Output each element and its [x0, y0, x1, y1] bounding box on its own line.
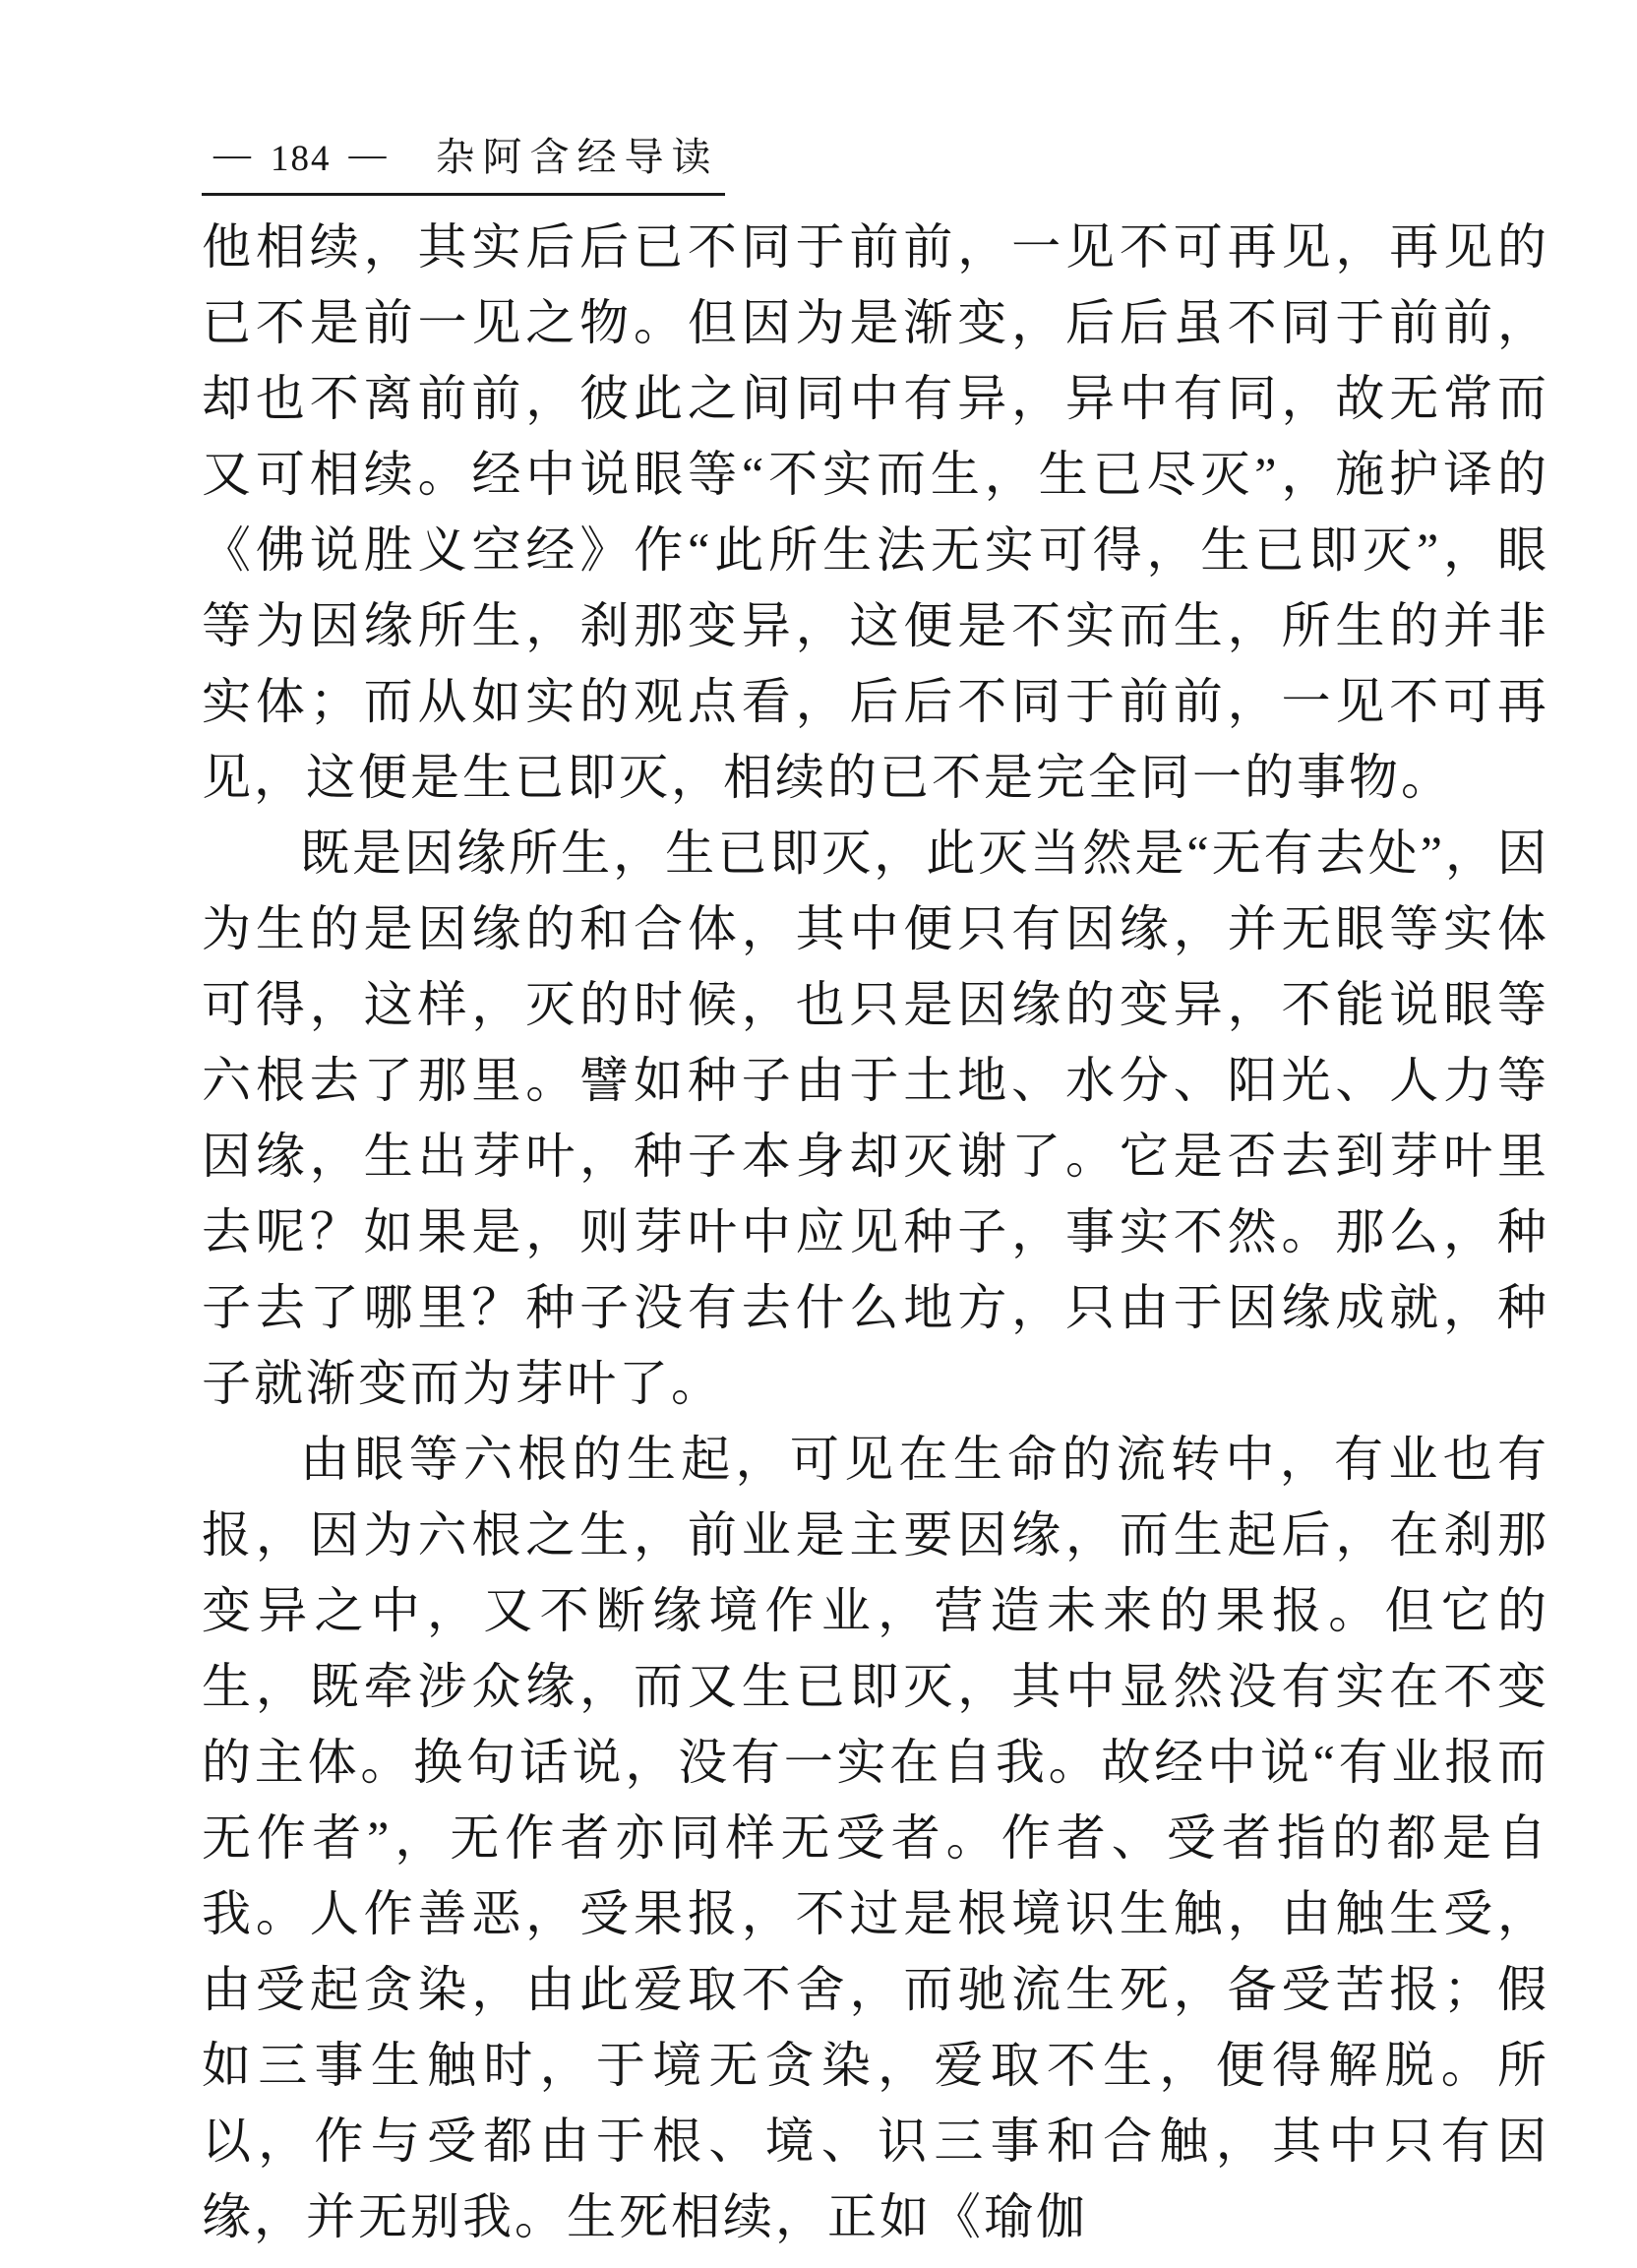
book-title: 杂阿含经导读	[436, 136, 719, 179]
paragraph: 既是因缘所生，生已即灭，此灭当然是“无有去处”，因为生的是因缘的和合体，其中便只…	[202, 816, 1549, 1422]
page-number: 184	[271, 138, 332, 181]
header-right-dash: —	[349, 133, 389, 176]
paragraph: 由眼等六根的生起，可见在生命的流转中，有业也有报，因为六根之生，前业是主要因缘，…	[202, 1422, 1549, 2255]
book-page: —184—杂阿含经导读 他相续，其实后后已不同于前前，一见不可再见，再见的已不是…	[0, 0, 1637, 2268]
running-header: —184—杂阿含经导读	[202, 136, 725, 196]
header-left-dash: —	[213, 133, 253, 176]
body-text: 他相续，其实后后已不同于前前，一见不可再见，再见的已不是前一见之物。但因为是渐变…	[202, 210, 1549, 2255]
paragraph-continuation: 他相续，其实后后已不同于前前，一见不可再见，再见的已不是前一见之物。但因为是渐变…	[202, 210, 1549, 816]
